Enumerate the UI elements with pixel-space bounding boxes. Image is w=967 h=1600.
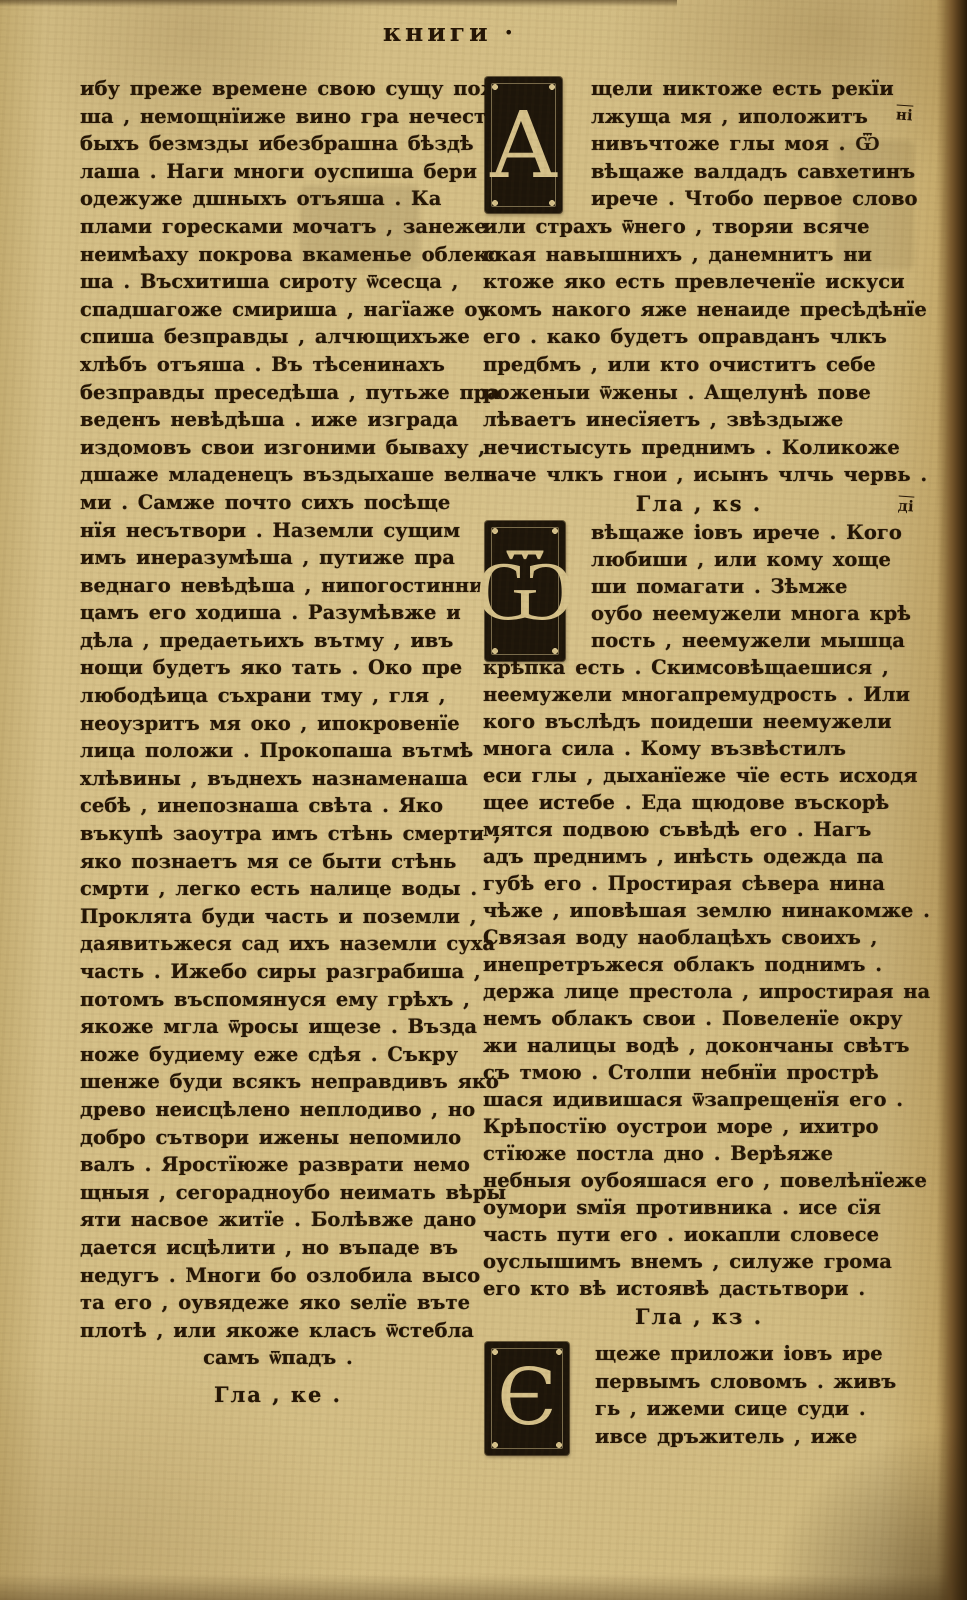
text-line: Проклята буди часть и поземли , [80,903,476,931]
text-line: или страхъ ѿнего , творяи всяче [483,213,915,241]
text-line: ши помагати . Зѣмже [591,573,915,600]
page-bottom-edge [0,1574,967,1600]
text-line: яко познаетъ мя се быти стѣнь [80,848,476,876]
chapter-26-text-block: Ѿ вѣщаже іовъ ирече . Коголюбиши , или к… [483,519,915,1302]
text-line: издомовъ свои изгоними бываху , [80,434,476,462]
text-line: спиша безправды , алчющихъже [80,323,476,351]
text-line: нечистысуть преднимъ . Коликоже [483,434,915,462]
book-fore-edge [937,0,967,1600]
text-line: нощи будетъ яко тать . Око пре [80,654,476,682]
text-line: щее истебе . Еда щюдове въскорѣ [483,789,915,816]
text-line: одежуже дшныхъ отъяша . Ка [80,185,476,213]
running-head: книги · [0,18,900,47]
ornamental-initial-ot: Ѿ [485,521,565,661]
text-line: ша . Въсхитиша сироту ѿсесца , [80,268,476,296]
text-line: дшаже младенецъ въздыхаше вель [80,461,476,489]
text-line: стїюже постла дно . Верѣяже [483,1140,915,1167]
text-line: шенже буди всякъ неправдивъ яко [80,1068,476,1096]
text-line: Крѣпостїю оустрои море , ихитро [483,1113,915,1140]
text-line: оумори ѕмїя противника . исе сїя [483,1194,915,1221]
text-line: смрти , легко есть налице воды . [80,875,476,903]
chapter-27-text-block: Є щеже приложи іовъ ирепервымъ словомъ .… [483,1340,915,1450]
text-line: безправды преседѣша , путьже пра [80,379,476,407]
text-line: ми . Самже почто сихъ посѣще [80,489,476,517]
left-column: ибу преже времене свою сущу пожаша , нем… [80,75,476,1410]
text-line: пость , неемужели мышца [591,627,915,654]
text-line: съ тмою . Столпи небнїи прострѣ [483,1059,915,1086]
text-line: цамъ его ходиша . Разумѣвже и [80,599,476,627]
text-line: ибу преже времене свою сущу пожа [80,75,476,103]
text-line: себѣ , инепознаша свѣта . Яко [80,792,476,820]
text-line: еси глы , дыханїеже чїе есть исходя [483,762,915,789]
text-line: жи налицы водѣ , докончаны свѣтъ [483,1032,915,1059]
text-line: шася идивишася ѿзапрещенїя его . [483,1086,915,1113]
text-line: веденъ невѣдѣша . иже изграда [80,406,476,434]
text-line: въкупѣ заоутра имъ стѣнь смерти , [80,820,476,848]
chapter-25-text-block: А щели никтоже есть рекїилжуща мя , ипол… [483,75,915,489]
text-line: чѣже , иповѣшая землю нинакомже . [483,897,915,924]
text-line: вѣщаже іовъ ирече . Кого [591,519,915,546]
text-line: его кто вѣ истоявѣ дастьтвори . [483,1275,915,1302]
column-closing-line: самъ ѿпадъ . [80,1344,476,1372]
text-line: ирече . Чтобо первое слово [591,185,915,213]
text-line: мятся подвою съвѣдѣ его . Нагъ [483,816,915,843]
text-line: оуслышимъ внемъ , силуже грома [483,1248,915,1275]
text-line: лаша . Наги многи оуспиша бери , [80,158,476,186]
text-line: ноже будиему еже сдѣя . Съкру [80,1041,476,1069]
text-line: яти насвое житїе . Болѣвже дано [80,1206,476,1234]
text-line: плотѣ , или якоже класъ ѿстебла [80,1317,476,1345]
text-line: многа сила . Кому възвѣстилъ [483,735,915,762]
text-line: первымъ словомъ . живъ [595,1368,915,1396]
text-line: небныя оубояшася его , повелѣнїеже [483,1167,915,1194]
text-line: кого въслѣдъ поидеши неемужели [483,708,915,735]
text-line: часть . Ижебо сиры разграбиша , [80,958,476,986]
text-line: его . како будетъ оправданъ члкъ [483,323,915,351]
text-line: валъ . Яростїюже разврати немо [80,1151,476,1179]
text-line: ктоже яко есть превлеченїе искуси [483,268,915,296]
text-line: ивсе дръжитель , иже [595,1423,915,1451]
text-line: плами горесками мочатъ , занеже [80,213,476,241]
text-line: неимѣаху покрова вкаменье облеко [80,241,476,269]
text-line: щеже приложи іовъ ире [595,1340,915,1368]
text-line: инепретръжеся облакъ поднимъ . [483,951,915,978]
text-line: губѣ его . Простирая сѣвера нина [483,870,915,897]
text-line: хлѣбъ отъяша . Въ тѣсенинахъ [80,351,476,379]
text-line: дается исцѣлити , но въпаде въ [80,1234,476,1262]
text-line: добро сътвори ижены непомило [80,1124,476,1152]
text-line: Связая воду наоблацѣхъ своихъ , [483,924,915,951]
text-line: комъ накого яже ненаиде пресѣдѣнїе [483,296,915,324]
text-line: лица положи . Прокопаша вътмѣ [80,737,476,765]
text-line: любиши , или кому хоще [591,546,915,573]
text-line: вѣщаже валдадъ савхетинъ [591,158,915,186]
text-line: неоузритъ мя око , ипокровенїе [80,710,476,738]
text-line: предбмъ , или кто очиститъ себе [483,351,915,379]
text-line: нивъчтоже глы моя . Ѿ [591,130,915,158]
text-line: та его , оувядеже яко ѕелїе въте [80,1289,476,1317]
book-page-scan: книги · ні ді ибу преже времене свою сущ… [0,0,967,1600]
chapter-heading-25: Гла , ке . [80,1380,476,1410]
text-line: адъ преднимъ , инѣсть одежда па [483,843,915,870]
text-line: щели никтоже есть рекїи [591,75,915,103]
text-line: ская навышнихъ , данемнитъ ни [483,241,915,269]
text-line: лѣваетъ инесїяетъ , звѣздыже [483,406,915,434]
text-line: древо неисцѣлено неплодиво , но [80,1096,476,1124]
ornamental-initial-ye: Є [485,1342,569,1455]
text-line: нїя несътвори . Наземли сущим [80,517,476,545]
text-line: даявитьжеся сад ихъ наземли суха [80,930,476,958]
page-top-edge [0,0,677,7]
text-line: оубо неемужели многа крѣ [591,600,915,627]
left-column-lines: ибу преже времене свою сущу пожаша , нем… [80,75,476,1344]
text-line: любодѣица съхрани тму , гля , [80,682,476,710]
text-line: потомъ въспомянуся ему грѣхъ , [80,986,476,1014]
text-line: неемужели многапремудрость . Или [483,681,915,708]
text-line: дѣла , предаетьихъ вътму , ивъ [80,627,476,655]
text-line: паче члкъ гнои , исынъ члчь червь . [483,461,915,489]
text-line: роженыи ѿжены . Ащелунѣ пове [483,379,915,407]
text-line: хлѣвины , въднехъ назнаменаша [80,765,476,793]
right-column: А щели никтоже есть рекїилжуща мя , ипол… [483,75,915,1450]
text-line: часть пути его . иокапли словесе [483,1221,915,1248]
text-line: спадшагоже смириша , нагїаже оу [80,296,476,324]
text-line: немъ облакъ свои . Повеленїе окру [483,1005,915,1032]
text-line: гь , ижеми сице суди . [595,1395,915,1423]
chapter-heading-27: Гла , кз . [483,1302,915,1332]
text-line: лжуща мя , иположитъ [591,103,915,131]
text-line: держа лице престола , ипростирая на [483,978,915,1005]
ornamental-initial-az: А [485,77,562,213]
text-line: щныя , сегорадноубо неимать вѣры [80,1179,476,1207]
text-line: веднаго невѣдѣша , нипогостинни [80,572,476,600]
text-line: якоже мгла ѿросы ищезе . Възда [80,1013,476,1041]
text-line: ша , немощнїиже вино гра нечестїи [80,103,476,131]
text-line: недугъ . Многи бо озлобила высо [80,1262,476,1290]
text-line: имъ инеразумѣша , путиже пра [80,544,476,572]
chapter-heading-26: Гла , кѕ . [483,489,915,519]
text-line: быхъ безмзды ибезбрашна бѣздѣ [80,130,476,158]
